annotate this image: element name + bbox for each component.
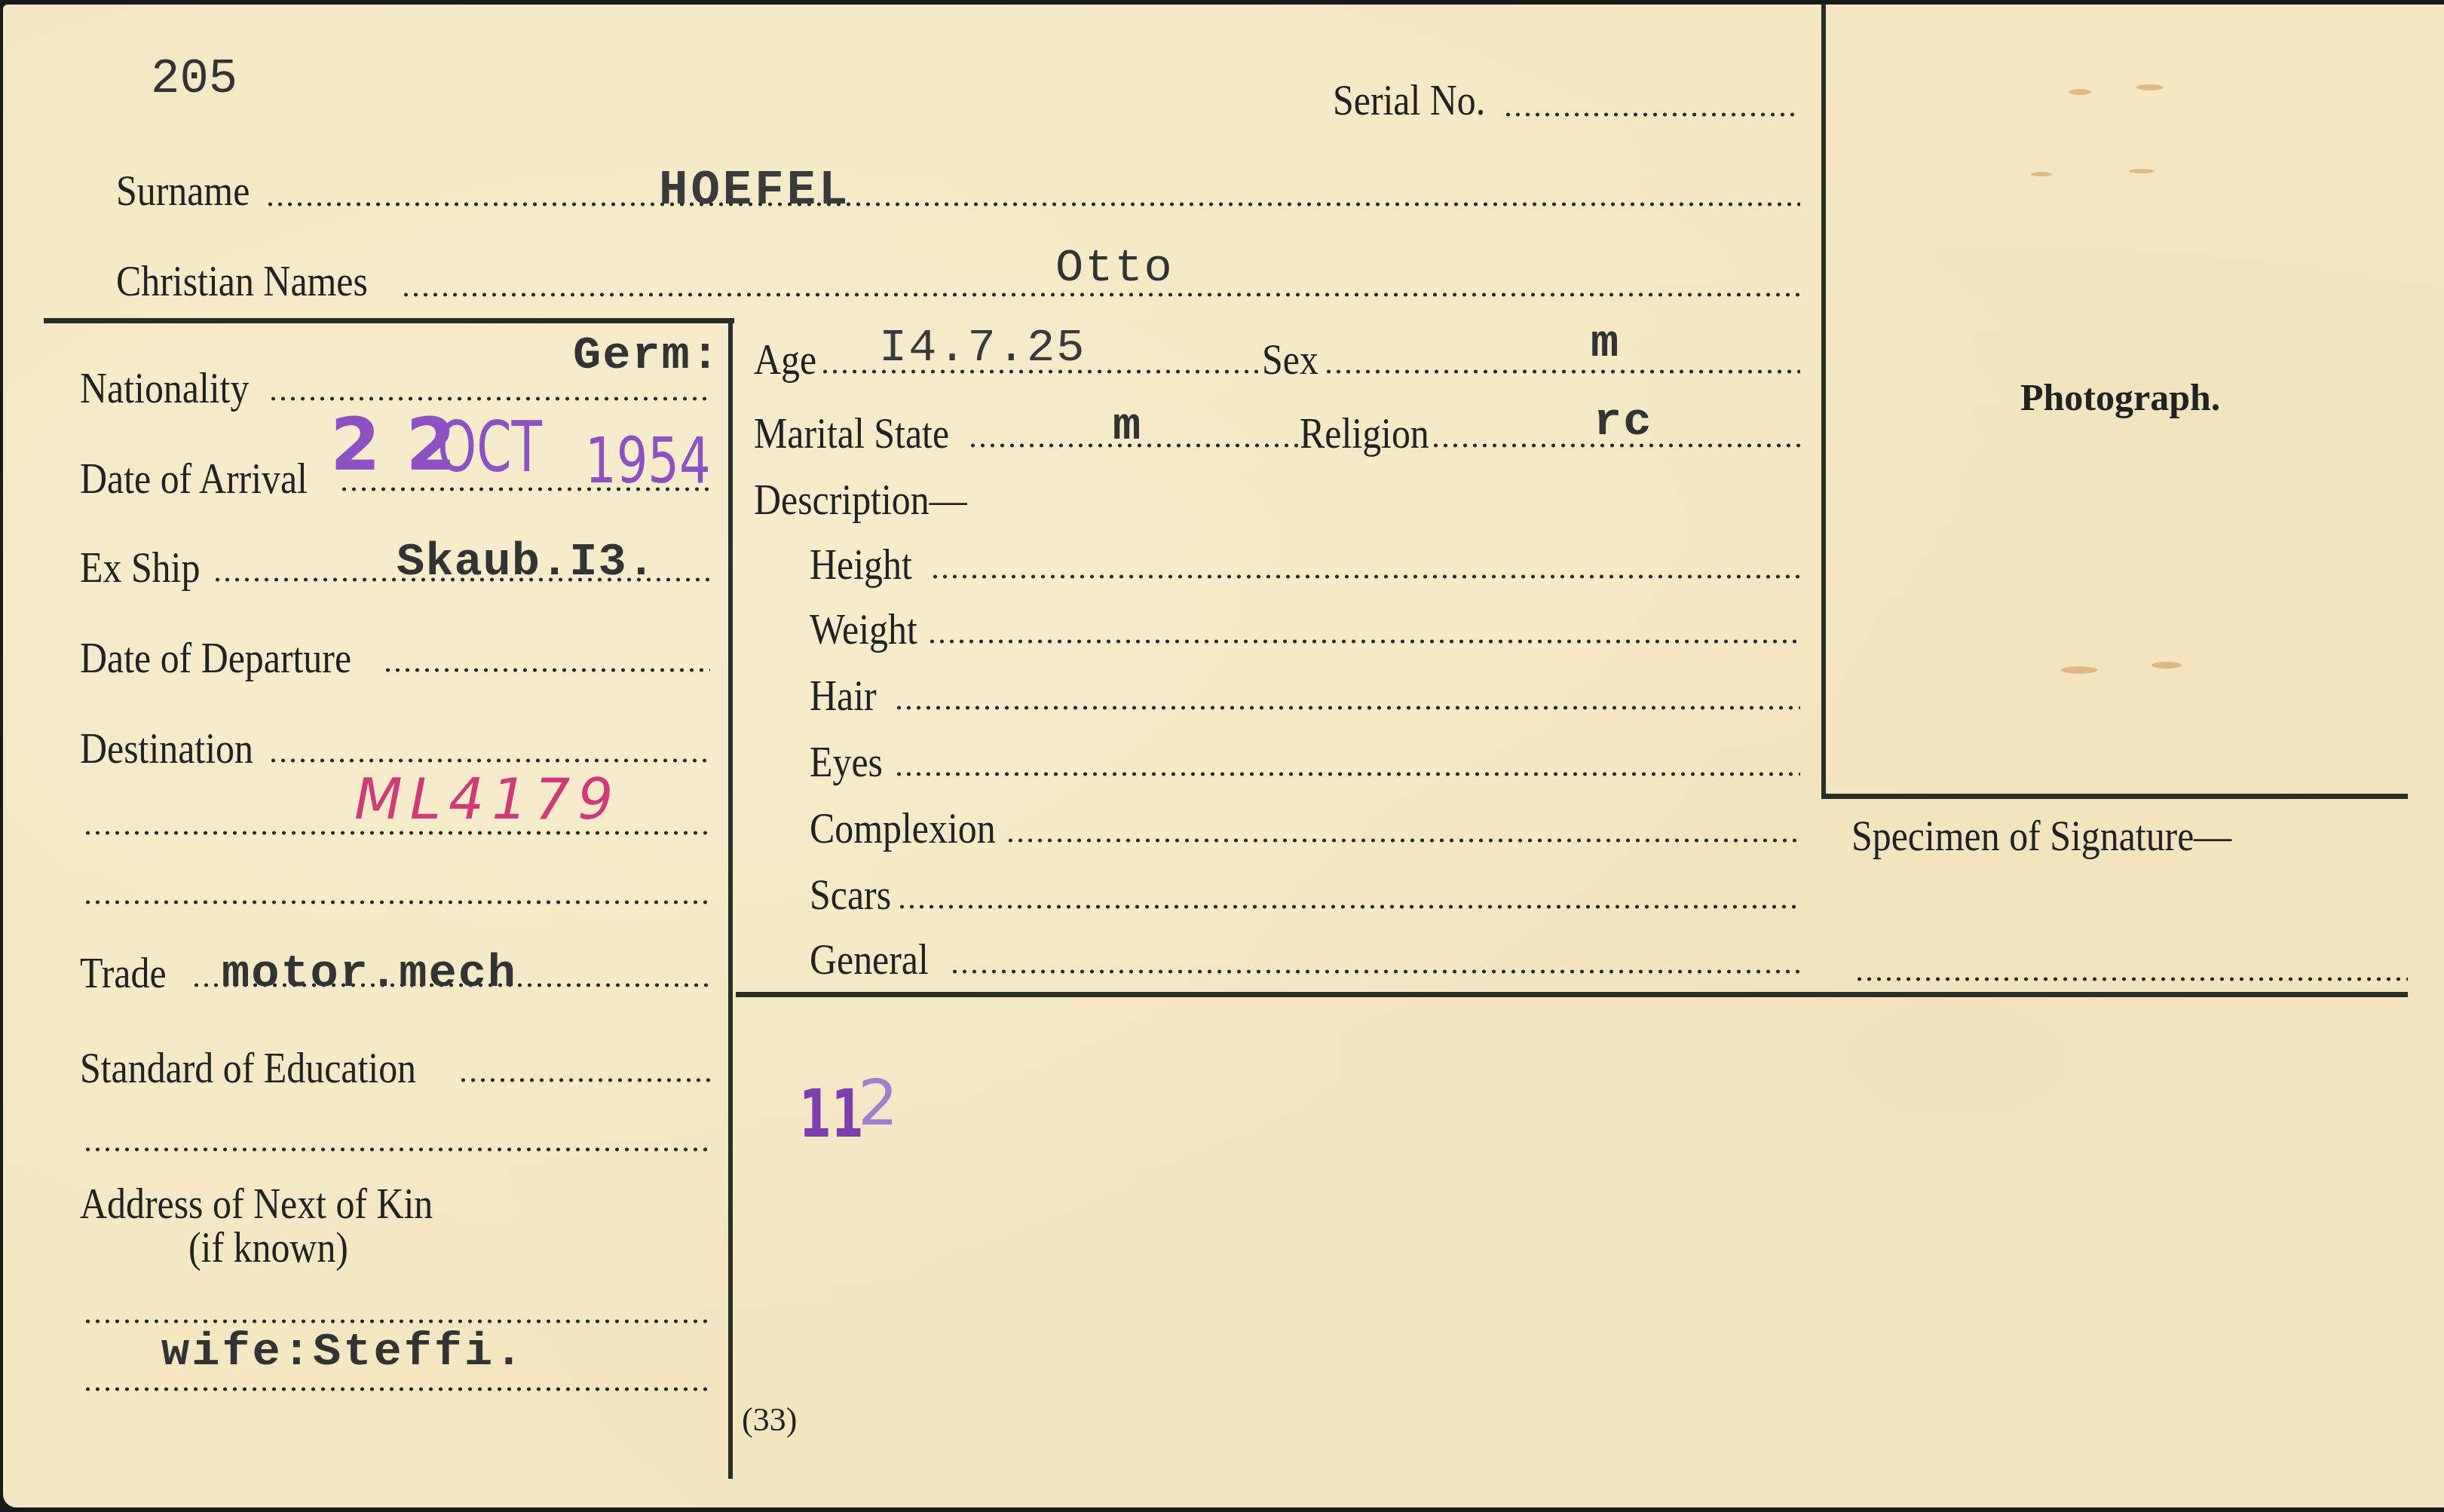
next-of-kin-value: wife:Steffi. — [161, 1325, 525, 1379]
surname-value: HOEFEL — [659, 164, 850, 219]
rust-spot — [2031, 172, 2052, 176]
marital-state-value: m — [1113, 399, 1142, 453]
marital-state-label: Marital State — [754, 412, 949, 455]
destination-field-line-2[interactable] — [83, 831, 710, 835]
standard-of-education-field-line-2[interactable] — [83, 1147, 710, 1152]
height-field[interactable] — [930, 574, 1800, 579]
trade-label: Trade — [80, 951, 167, 995]
sex-label: Sex — [1262, 338, 1318, 381]
christian-names-label: Christian Names — [116, 259, 368, 303]
complexion-field[interactable] — [1006, 838, 1800, 843]
standard-of-education-label: Standard of Education — [80, 1046, 416, 1090]
next-of-kin-sublabel: (if known) — [188, 1226, 348, 1269]
rust-spot — [2136, 84, 2164, 90]
photo-box-bottom-rule — [1821, 794, 2408, 799]
sex-value: m — [1591, 317, 1620, 370]
rust-spot — [2129, 169, 2155, 173]
card-number: 205 — [151, 53, 237, 107]
date-of-arrival-label: Date of Arrival — [80, 457, 308, 500]
surname-label: Surname — [116, 169, 250, 213]
general-label: General — [810, 938, 929, 981]
arrival-stamp-month: OCT — [437, 407, 542, 488]
surname-field[interactable] — [265, 202, 1800, 207]
immigration-card: 205 Serial No. Surname HOEFEL Christian … — [3, 5, 2444, 1507]
stamp-mark-b: 2 — [858, 1066, 898, 1140]
destination-label: Destination — [80, 727, 253, 770]
standard-of-education-field[interactable] — [458, 1078, 710, 1082]
arrival-stamp-year: 1954 — [585, 424, 711, 497]
date-of-departure-field[interactable] — [383, 668, 710, 672]
eyes-label: Eyes — [810, 740, 883, 784]
next-of-kin-label: Address of Next of Kin — [80, 1182, 433, 1226]
nationality-value: Germ: — [573, 329, 721, 382]
christian-names-value: Otto — [1055, 241, 1174, 295]
height-label: Height — [810, 543, 912, 586]
weight-label: Weight — [810, 608, 917, 651]
religion-value: rc — [1594, 395, 1652, 448]
description-label: Description— — [754, 478, 967, 522]
next-of-kin-field-line-1[interactable] — [83, 1319, 710, 1324]
serial-no-field[interactable] — [1503, 112, 1800, 117]
column-divider-rule — [728, 318, 733, 1479]
hair-label: Hair — [810, 674, 877, 718]
stamp-mark-a: 11 — [799, 1075, 864, 1152]
signature-field[interactable] — [1854, 977, 2408, 981]
trade-value: motor.mech — [222, 947, 517, 1000]
eyes-field[interactable] — [894, 772, 1800, 776]
rust-spot — [2061, 666, 2097, 674]
print-code: (33) — [742, 1400, 797, 1439]
general-field[interactable] — [950, 969, 1800, 974]
nationality-label: Nationality — [80, 366, 249, 410]
destination-field-line-3[interactable] — [83, 900, 710, 904]
date-of-departure-label: Date of Departure — [80, 636, 351, 680]
rust-spot — [2069, 89, 2091, 95]
age-label: Age — [754, 338, 816, 381]
scars-label: Scars — [810, 873, 891, 917]
complexion-label: Complexion — [810, 807, 996, 850]
destination-field[interactable] — [268, 758, 710, 763]
serial-no-label: Serial No. — [1333, 78, 1485, 122]
rust-spot — [2152, 662, 2182, 669]
ex-ship-label: Ex Ship — [80, 546, 200, 589]
photo-box-left-rule — [1821, 5, 1826, 797]
age-value: I4.7.25 — [879, 321, 1086, 375]
next-of-kin-field-line-2[interactable] — [83, 1387, 710, 1391]
nationality-field[interactable] — [268, 396, 710, 401]
scars-field[interactable] — [897, 904, 1800, 909]
signature-label: Specimen of Signature— — [1851, 814, 2231, 858]
left-box-top-rule — [44, 318, 734, 323]
ex-ship-value: Skaub.I3. — [397, 535, 656, 589]
religion-label: Religion — [1300, 412, 1429, 455]
weight-field[interactable] — [927, 639, 1800, 644]
sex-field[interactable] — [1324, 369, 1800, 374]
hair-field[interactable] — [894, 705, 1800, 710]
photograph-area[interactable] — [1827, 5, 2408, 793]
destination-handwritten: ML4179 — [354, 767, 620, 832]
description-bottom-rule — [736, 992, 2408, 997]
